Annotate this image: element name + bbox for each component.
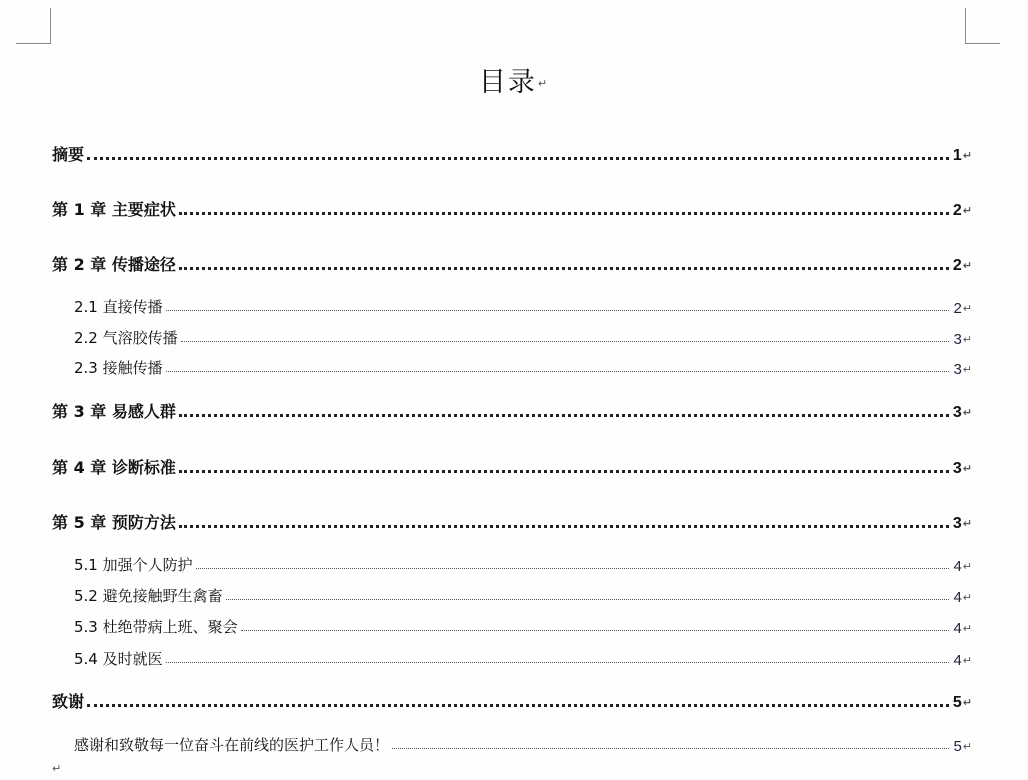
- dot-leader: [392, 748, 949, 749]
- toc-entry[interactable]: 第 3 章 易感人群3↵: [52, 398, 972, 422]
- paragraph-mark-icon: ↵: [963, 517, 972, 530]
- toc-entry-label: 5.2 避免接触野生禽畜: [74, 585, 223, 606]
- title-text: 目录: [479, 67, 537, 98]
- toc-entry[interactable]: 第 1 章 主要症状2↵: [52, 196, 972, 220]
- paragraph-mark-icon: ↵: [963, 259, 972, 272]
- dot-leader: [196, 568, 950, 569]
- paragraph-mark-icon: ↵: [963, 560, 972, 573]
- paragraph-mark-icon: ↵: [52, 762, 61, 775]
- dot-leader: [226, 599, 950, 600]
- toc-entry[interactable]: 第 2 章 传播途径2↵: [52, 251, 972, 275]
- toc-page-number: 4: [953, 620, 961, 637]
- dot-leader: [179, 470, 949, 473]
- dot-leader: [87, 157, 949, 160]
- page-title: 目录↵: [0, 60, 1028, 99]
- toc-entry-label: 2.2 气溶胶传播: [74, 327, 178, 348]
- toc-page-number: 3: [953, 361, 961, 378]
- toc-entry[interactable]: 第 4 章 诊断标准3↵: [52, 454, 972, 478]
- toc-page-number: 5: [953, 738, 961, 755]
- toc-entry-label: 摘要: [52, 142, 84, 165]
- paragraph-mark-icon: ↵: [963, 696, 972, 709]
- toc-entry-label: 第 4 章 诊断标准: [52, 455, 176, 478]
- dot-leader: [166, 310, 950, 311]
- toc-entry[interactable]: 摘要1↵: [52, 141, 972, 165]
- paragraph-mark-icon: ↵: [963, 622, 972, 635]
- dot-leader: [241, 630, 950, 631]
- page-corner-mark-top-right: [965, 8, 1000, 44]
- toc-entry-label: 5.3 杜绝带病上班、聚会: [74, 616, 238, 637]
- paragraph-mark-icon: ↵: [963, 333, 972, 346]
- dot-leader: [87, 704, 949, 707]
- dot-leader: [181, 341, 950, 342]
- paragraph-mark-icon: ↵: [963, 406, 972, 419]
- dot-leader: [166, 371, 950, 372]
- toc-entry[interactable]: 2.1 直接传播2↵: [74, 293, 972, 317]
- toc-entry[interactable]: 致谢5↵: [52, 688, 972, 712]
- toc-entry[interactable]: 感谢和致敬每一位奋斗在前线的医护工作人员！5↵: [74, 731, 972, 755]
- toc-entry-label: 第 5 章 预防方法: [52, 510, 176, 533]
- toc-entry[interactable]: 5.3 杜绝带病上班、聚会4↵: [74, 613, 972, 637]
- toc-entry[interactable]: 2.2 气溶胶传播3↵: [74, 324, 972, 348]
- toc-page-number: 2: [953, 202, 962, 219]
- toc-entry-label: 感谢和致敬每一位奋斗在前线的医护工作人员！: [74, 734, 389, 755]
- toc-page-number: 5: [953, 694, 962, 711]
- toc-page-number: 4: [953, 558, 961, 575]
- toc-entry-label: 第 3 章 易感人群: [52, 399, 176, 422]
- toc-page-number: 3: [953, 404, 962, 421]
- paragraph-mark-icon: ↵: [963, 302, 972, 315]
- toc-page-number: 4: [953, 652, 961, 669]
- toc-page-number: 4: [953, 589, 961, 606]
- toc-page-number: 2: [953, 300, 961, 317]
- paragraph-mark-icon: ↵: [963, 204, 972, 217]
- toc-entry[interactable]: 5.2 避免接触野生禽畜4↵: [74, 582, 972, 606]
- paragraph-mark-icon: ↵: [963, 149, 972, 162]
- paragraph-mark-icon: ↵: [963, 654, 972, 667]
- toc-page-number: 1: [953, 147, 962, 164]
- paragraph-mark-icon: ↵: [963, 363, 972, 376]
- toc-entry-label: 致谢: [52, 689, 84, 712]
- dot-leader: [179, 525, 949, 528]
- dot-leader: [166, 662, 950, 663]
- toc-entry[interactable]: 2.3 接触传播3↵: [74, 354, 972, 378]
- toc-page-number: 3: [953, 515, 962, 532]
- toc-entry-label: 5.1 加强个人防护: [74, 554, 193, 575]
- toc-page-number: 2: [953, 257, 962, 274]
- page-corner-mark-top-left: [16, 8, 51, 44]
- paragraph-mark-icon: ↵: [538, 77, 549, 90]
- paragraph-mark-icon: ↵: [963, 740, 972, 753]
- toc-entry-label: 2.3 接触传播: [74, 357, 163, 378]
- toc-entry-label: 2.1 直接传播: [74, 296, 163, 317]
- toc-page-number: 3: [953, 331, 961, 348]
- toc-page-number: 3: [953, 460, 962, 477]
- dot-leader: [179, 414, 949, 417]
- dot-leader: [179, 212, 949, 215]
- toc-entry-label: 5.4 及时就医: [74, 648, 163, 669]
- paragraph-mark-icon: ↵: [963, 591, 972, 604]
- toc-entry[interactable]: 5.1 加强个人防护4↵: [74, 551, 972, 575]
- toc-entry-label: 第 2 章 传播途径: [52, 252, 176, 275]
- toc-entry[interactable]: 第 5 章 预防方法3↵: [52, 509, 972, 533]
- toc-entry[interactable]: 5.4 及时就医4↵: [74, 645, 972, 669]
- dot-leader: [179, 267, 949, 270]
- paragraph-mark-icon: ↵: [963, 462, 972, 475]
- toc-entry-label: 第 1 章 主要症状: [52, 197, 176, 220]
